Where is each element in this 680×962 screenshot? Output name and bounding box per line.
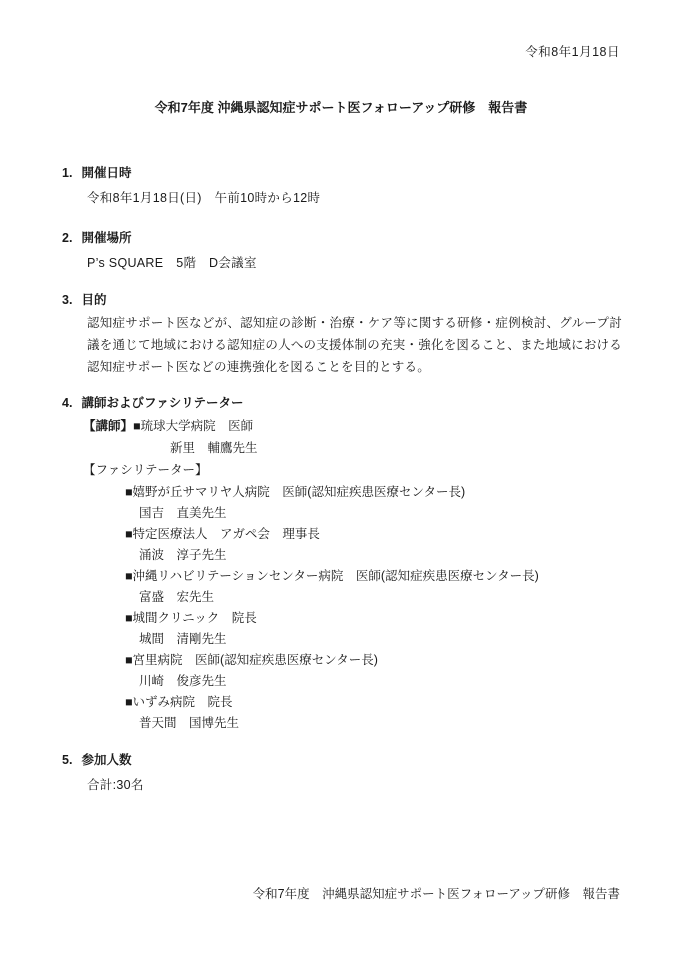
section-3: 3. 目的 認知症サポート医などが、認知症の診断・治療・ケア等に関する研修・症例… <box>0 290 680 378</box>
purpose-paragraph: 認知症サポート医などが、認知症の診断・治療・ケア等に関する研修・症例検討、グルー… <box>87 312 622 378</box>
section-heading: 5. 参加人数 <box>62 750 680 770</box>
facilitator-name: 富盛 宏先生 <box>139 587 680 608</box>
section-4: 4. 講師およびファシリテーター 【講師】■琉球大学病院 医師 新里 輔鷹先生 … <box>0 393 680 734</box>
facilitator-label: 【ファシリテーター】 <box>83 459 680 481</box>
section-heading: 1. 開催日時 <box>62 163 680 183</box>
facilitator-entry: ■宮里病院 医師(認知症疾患医療センター長) 川崎 俊彦先生 <box>0 650 680 692</box>
section-body: 合計:30名 <box>87 775 680 795</box>
section-1: 1. 開催日時 令和8年1月18日(日) 午前10時から12時 <box>0 163 680 208</box>
section-number: 2. <box>62 228 72 248</box>
section-title: 参加人数 <box>81 750 131 770</box>
section-heading: 3. 目的 <box>62 290 680 310</box>
facilitator-entry: ■城間クリニック 院長 城間 清剛先生 <box>0 608 680 650</box>
facilitator-name: 普天間 国博先生 <box>139 713 680 734</box>
facilitator-affiliation: ■城間クリニック 院長 <box>125 608 680 629</box>
facilitator-affiliation: ■特定医療法人 アガペ会 理事長 <box>125 524 680 545</box>
facilitator-name: 城間 清剛先生 <box>139 629 680 650</box>
document-page: 令和8年1月18日 令和7年度 沖縄県認知症サポート医フォローアップ研修 報告書… <box>0 0 680 962</box>
section-number: 1. <box>62 163 72 183</box>
section-heading: 2. 開催場所 <box>62 228 680 248</box>
facilitator-affiliation: ■沖縄リハビリテーションセンター病院 医師(認知症疾患医療センター長) <box>125 566 680 587</box>
document-footer: 令和7年度 沖縄県認知症サポート医フォローアップ研修 報告書 <box>253 886 620 902</box>
section-number: 3. <box>62 290 72 310</box>
section-title: 開催日時 <box>81 163 131 183</box>
section-5: 5. 参加人数 合計:30名 <box>0 750 680 795</box>
document-date: 令和8年1月18日 <box>0 43 620 61</box>
section-body: P’s SQUARE 5階 D会議室 <box>87 253 680 273</box>
section-heading: 4. 講師およびファシリテーター <box>62 393 680 413</box>
section-title: 目的 <box>81 290 106 310</box>
section-2: 2. 開催場所 P’s SQUARE 5階 D会議室 <box>0 228 680 273</box>
lecturer-label: 【講師】 <box>83 419 133 433</box>
facilitator-entry: ■いずみ病院 院長 普天間 国博先生 <box>0 692 680 734</box>
facilitator-affiliation: ■いずみ病院 院長 <box>125 692 680 713</box>
section-number: 5. <box>62 750 72 770</box>
facilitator-affiliation: ■宮里病院 医師(認知症疾患医療センター長) <box>125 650 680 671</box>
facilitator-name: 川崎 俊彦先生 <box>139 671 680 692</box>
section-title: 講師およびファシリテーター <box>81 393 243 413</box>
facilitator-entry: ■嬉野が丘サマリヤ人病院 医師(認知症疾患医療センター長) 国吉 直美先生 <box>0 482 680 524</box>
facilitator-affiliation: ■嬉野が丘サマリヤ人病院 医師(認知症疾患医療センター長) <box>125 482 680 503</box>
facilitator-name: 国吉 直美先生 <box>139 503 680 524</box>
section-number: 4. <box>62 393 72 413</box>
lecturer-name: 新里 輔鷹先生 <box>170 437 680 459</box>
facilitator-entry: ■特定医療法人 アガペ会 理事長 涌波 淳子先生 <box>0 524 680 566</box>
document-title: 令和7年度 沖縄県認知症サポート医フォローアップ研修 報告書 <box>62 98 620 118</box>
section-body: 令和8年1月18日(日) 午前10時から12時 <box>87 188 680 208</box>
lecturer-affiliation: ■琉球大学病院 医師 <box>133 419 253 433</box>
section-title: 開催場所 <box>81 228 131 248</box>
facilitator-name: 涌波 淳子先生 <box>139 545 680 566</box>
lecturer-line: 【講師】■琉球大学病院 医師 <box>83 415 680 437</box>
facilitator-entry: ■沖縄リハビリテーションセンター病院 医師(認知症疾患医療センター長) 富盛 宏… <box>0 566 680 608</box>
facilitator-list: ■嬉野が丘サマリヤ人病院 医師(認知症疾患医療センター長) 国吉 直美先生 ■特… <box>0 482 680 734</box>
